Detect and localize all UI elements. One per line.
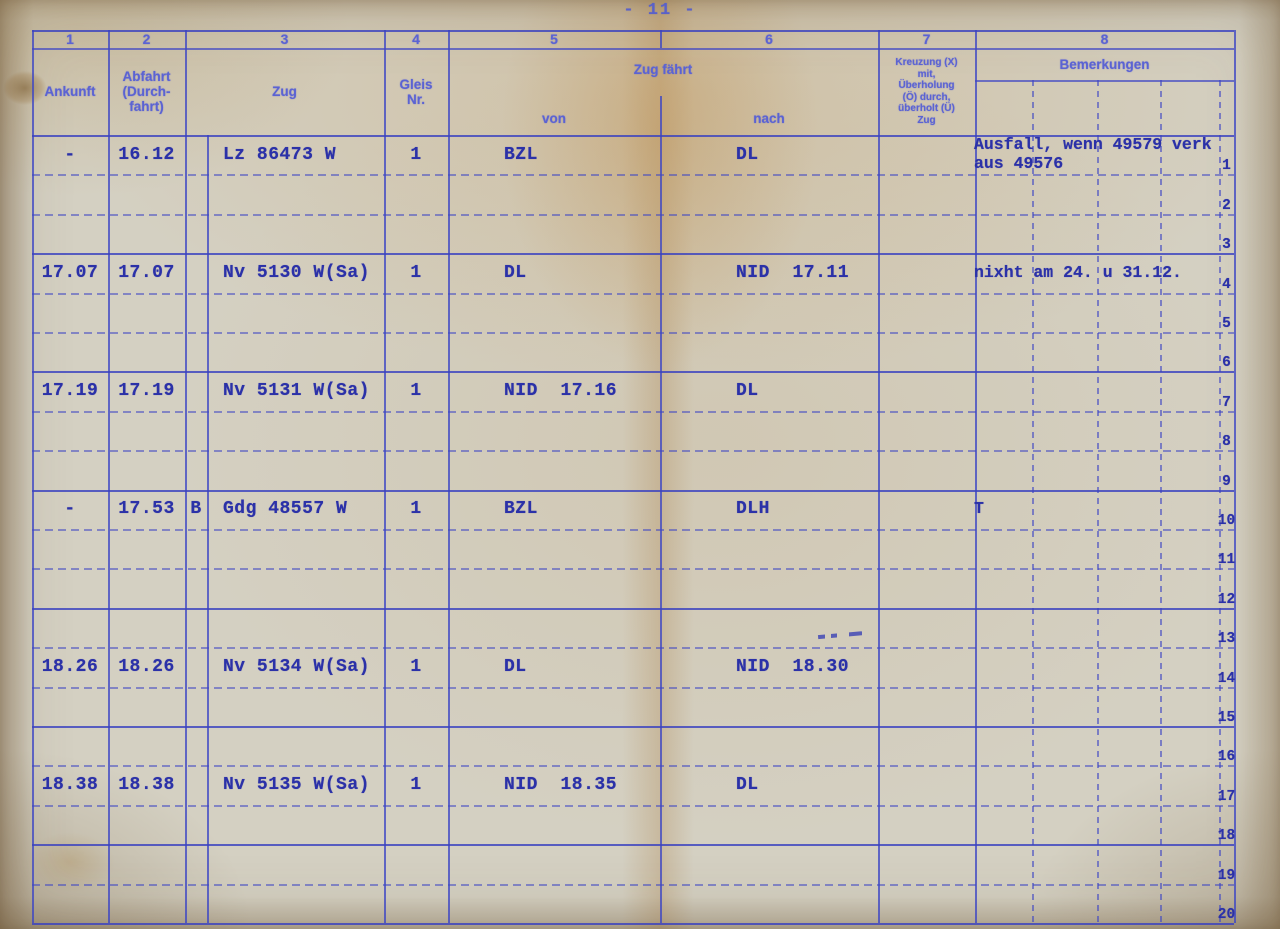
- grid-hline: [32, 450, 1234, 452]
- cell-ankunft: 17.19: [32, 371, 108, 410]
- cell-nach: DLH: [660, 490, 878, 529]
- column-number-1: 1: [32, 30, 108, 48]
- cell-abfahrt: 17.19: [108, 371, 185, 410]
- row-number: 5: [1219, 293, 1234, 334]
- column-number-2: 2: [108, 30, 185, 48]
- row-number: 16: [1219, 726, 1234, 767]
- cell-gleis: 1: [384, 647, 448, 686]
- row-number: 14: [1219, 647, 1234, 688]
- grid-hline: [32, 923, 1234, 925]
- column-number-5: 5: [448, 30, 660, 48]
- header-gleis-nr: Gleis Nr.: [384, 48, 448, 135]
- cell-zug: Nv 5130 W(Sa): [207, 253, 384, 292]
- cell-von: NID 18.35: [448, 765, 660, 804]
- cell-ankunft: -: [32, 135, 108, 174]
- grid-hline: [32, 726, 1234, 728]
- grid-hline: [32, 805, 1234, 807]
- row-number: 17: [1219, 765, 1234, 806]
- row-number: 18: [1219, 805, 1234, 846]
- cell-b: B: [185, 490, 207, 529]
- cell-nach: NID 17.11: [660, 253, 878, 292]
- column-number-8: 8: [975, 30, 1234, 48]
- page-number: - 11 -: [600, 1, 720, 20]
- cell-gleis: 1: [384, 253, 448, 292]
- cell-von: BZL: [448, 135, 660, 174]
- grid-hline: [975, 80, 1234, 82]
- row-number: 19: [1219, 844, 1234, 885]
- header-ankunft: Ankunft: [32, 48, 108, 135]
- cell-ankunft: -: [32, 490, 108, 529]
- cell-von: NID 17.16: [448, 371, 660, 410]
- cell-abfahrt: 18.38: [108, 765, 185, 804]
- cell-von: DL: [448, 253, 660, 292]
- cell-ankunft: 18.26: [32, 647, 108, 686]
- grid-hline: [32, 608, 1234, 610]
- grid-hline: [32, 844, 1234, 846]
- cell-nach: DL: [660, 765, 878, 804]
- row-number: 2: [1219, 174, 1234, 215]
- column-number-4: 4: [384, 30, 448, 48]
- scanned-timetable-page: - 11 - 1 2 3 4 5 6 7 8 Ankunft Abfahrt (…: [0, 0, 1280, 929]
- row-number: 9: [1219, 450, 1234, 491]
- cell-gleis: 1: [384, 490, 448, 529]
- column-number-3: 3: [185, 30, 384, 48]
- cell-abfahrt: 18.26: [108, 647, 185, 686]
- header-nach: nach: [660, 102, 878, 134]
- cell-abfahrt: 16.12: [108, 135, 185, 174]
- cell-bemerkung: nixht am 24. u 31.12.: [968, 253, 1234, 292]
- header-zug: Zug: [185, 48, 384, 135]
- cell-nach: DL: [660, 371, 878, 410]
- row-number: 12: [1219, 568, 1234, 609]
- row-number: 8: [1219, 411, 1234, 452]
- grid-hline: [32, 332, 1234, 334]
- grid-hline: [32, 687, 1234, 689]
- cell-ankunft: 18.38: [32, 765, 108, 804]
- row-number: 7: [1219, 371, 1234, 412]
- row-number: 6: [1219, 332, 1234, 373]
- column-number-6: 6: [660, 30, 878, 48]
- grid-hline: [32, 411, 1234, 413]
- cell-bemerkung: Ausfall, wenn 49579 verk aus 49576: [968, 135, 1234, 174]
- cell-von: BZL: [448, 490, 660, 529]
- header-von: von: [448, 102, 660, 134]
- cell-gleis: 1: [384, 371, 448, 410]
- cell-zug: Gdg 48557 W: [207, 490, 384, 529]
- grid-hline: [32, 214, 1234, 216]
- header-bemerkungen: Bemerkungen: [975, 50, 1234, 78]
- cell-gleis: 1: [384, 765, 448, 804]
- grid-hline: [32, 174, 1234, 176]
- cell-nach: DL: [660, 135, 878, 174]
- grid-hline: [32, 884, 1234, 886]
- header-abfahrt: Abfahrt (Durch- fahrt): [108, 48, 185, 135]
- row-number: 3: [1219, 214, 1234, 255]
- grid-vline: [878, 30, 880, 923]
- cell-gleis: 1: [384, 135, 448, 174]
- cell-abfahrt: 17.07: [108, 253, 185, 292]
- header-kreuzung: Kreuzung (X) mit, Überholung (Ö) durch, …: [878, 48, 975, 135]
- cell-zug: Nv 5131 W(Sa): [207, 371, 384, 410]
- cell-zug: Nv 5134 W(Sa): [207, 647, 384, 686]
- cell-abfahrt: 17.53: [108, 490, 185, 529]
- grid-hline: [32, 568, 1234, 570]
- stray-ink-mark: [818, 631, 866, 639]
- row-number: 15: [1219, 687, 1234, 728]
- cell-von: DL: [448, 647, 660, 686]
- header-zug-faehrt: Zug fährt: [448, 55, 878, 83]
- grid-hline: [32, 293, 1234, 295]
- row-number: 13: [1219, 608, 1234, 649]
- cell-zug: Nv 5135 W(Sa): [207, 765, 384, 804]
- column-number-7: 7: [878, 30, 975, 48]
- cell-nach: NID 18.30: [660, 647, 878, 686]
- grid-vline: [185, 30, 187, 923]
- cell-bemerkung: T: [968, 490, 1234, 529]
- row-number: 20: [1219, 884, 1234, 925]
- cell-zug: Lz 86473 W: [207, 135, 384, 174]
- cell-ankunft: 17.07: [32, 253, 108, 292]
- grid-hline: [32, 529, 1234, 531]
- row-number: 11: [1219, 529, 1234, 570]
